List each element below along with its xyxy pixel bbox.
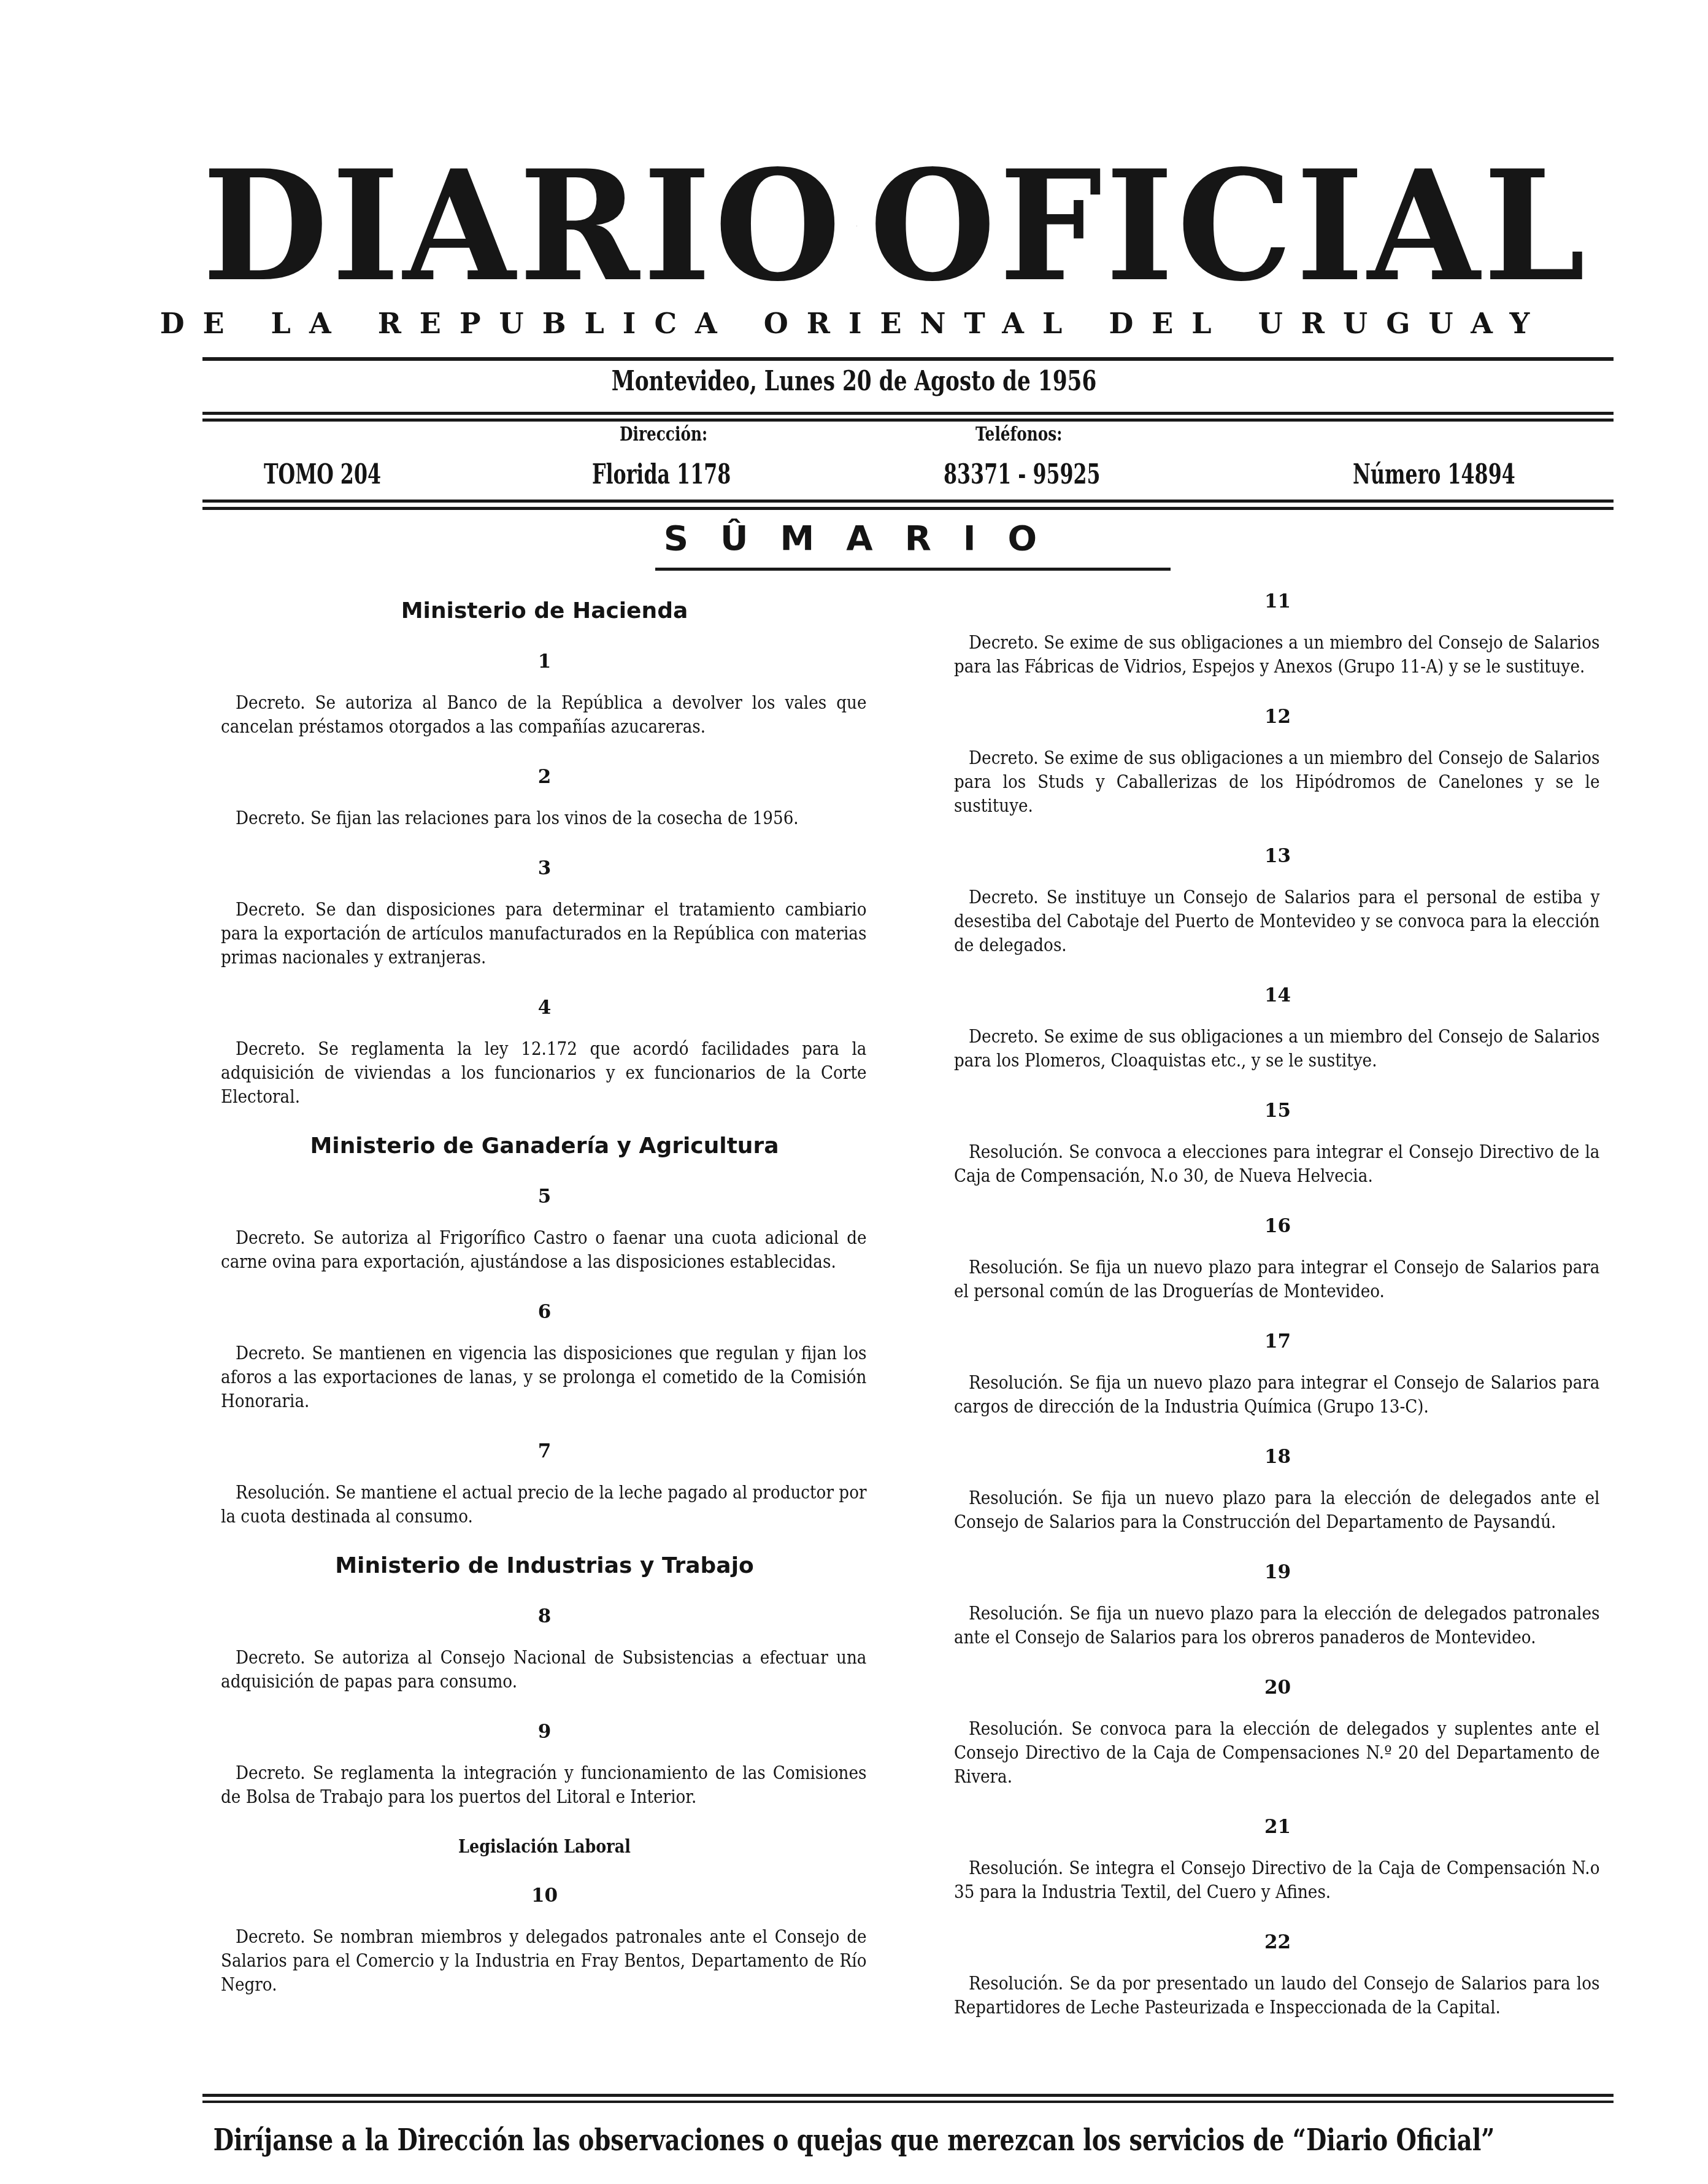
info-rule-bottom xyxy=(202,507,1614,510)
masthead-title-left: DIARIO xyxy=(202,150,844,302)
summary-item: 18Resolución. Se fija un nuevo plazo par… xyxy=(954,1446,1601,1534)
item-number: 21 xyxy=(954,1816,1601,1838)
item-text: Decreto. Se dan disposiciones para deter… xyxy=(221,898,866,970)
right-column: 11Decreto. Se exime de sus obligaciones … xyxy=(954,590,1601,2020)
item-text-container: Resolución. Se mantiene el actual precio… xyxy=(221,1481,868,1529)
direccion-value: Florida 1178 xyxy=(592,459,731,490)
item-number: 4 xyxy=(221,997,868,1019)
summary-item: 1Decreto. Se autoriza al Banco de la Rep… xyxy=(221,650,868,739)
summary-item: 17Resolución. Se fija un nuevo plazo par… xyxy=(954,1330,1601,1419)
item-text-container: Decreto. Se autoriza al Frigorífico Cast… xyxy=(221,1226,868,1274)
item-number: 19 xyxy=(954,1561,1601,1583)
item-number: 13 xyxy=(954,845,1601,867)
summary-item: 12Decreto. Se exime de sus obligaciones … xyxy=(954,706,1601,818)
item-text: Decreto. Se reglamenta la integración y … xyxy=(221,1761,866,1809)
item-text-container: Resolución. Se convoca para la elección … xyxy=(954,1717,1601,1789)
item-text-container: Decreto. Se exime de sus obligaciones a … xyxy=(954,746,1601,818)
item-text: Decreto. Se exime de sus obligaciones a … xyxy=(954,746,1599,818)
item-text: Decreto. Se instituye un Consejo de Sala… xyxy=(954,886,1599,957)
ministry-heading: Ministerio de Ganadería y Agricultura xyxy=(221,1133,868,1159)
item-number: 10 xyxy=(221,1885,868,1907)
item-text: Decreto. Se autoriza al Banco de la Repú… xyxy=(221,691,866,739)
item-text-container: Decreto. Se dan disposiciones para deter… xyxy=(221,898,868,970)
item-number: 15 xyxy=(954,1100,1601,1122)
item-number: 11 xyxy=(954,590,1601,612)
summary-item: 11Decreto. Se exime de sus obligaciones … xyxy=(954,590,1601,679)
summary-item: 15Resolución. Se convoca a elecciones pa… xyxy=(954,1100,1601,1188)
summary-item: 6Decreto. Se mantienen en vigencia las d… xyxy=(221,1301,868,1413)
summary-item: 3Decreto. Se dan disposiciones para dete… xyxy=(221,857,868,970)
summary-item: 13Decreto. Se instituye un Consejo de Sa… xyxy=(954,845,1601,957)
masthead-title-right: OFICIAL xyxy=(869,150,1589,302)
sumario-title: SÛMARIO xyxy=(0,519,1708,558)
item-number: 5 xyxy=(221,1186,868,1208)
summary-item: 22Resolución. Se da por presentado un la… xyxy=(954,1931,1601,2020)
item-text: Decreto. Se mantienen en vigencia las di… xyxy=(221,1341,866,1413)
item-number: 1 xyxy=(221,650,868,673)
ministry-heading: Ministerio de Hacienda xyxy=(221,598,868,623)
footer-rule-bottom xyxy=(202,2101,1614,2103)
item-text-container: Resolución. Se fija un nuevo plazo para … xyxy=(954,1486,1601,1534)
item-text: Resolución. Se convoca a elecciones para… xyxy=(954,1140,1599,1188)
item-text-container: Decreto. Se reglamenta la ley 12.172 que… xyxy=(221,1037,868,1109)
item-text-container: Decreto. Se nombran miembros y delegados… xyxy=(221,1925,868,1997)
item-text-container: Decreto. Se exime de sus obligaciones a … xyxy=(954,1025,1601,1073)
footer-rule-top xyxy=(202,2094,1614,2097)
item-number: 14 xyxy=(954,984,1601,1006)
item-text-container: Resolución. Se fija un nuevo plazo para … xyxy=(954,1602,1601,1650)
item-text: Decreto. Se reglamenta la ley 12.172 que… xyxy=(221,1037,866,1109)
summary-item: 9Decreto. Se reglamenta la integración y… xyxy=(221,1721,868,1809)
item-text-container: Resolución. Se integra el Consejo Direct… xyxy=(954,1856,1601,1904)
summary-item: 2Decreto. Se fijan las relaciones para l… xyxy=(221,766,868,830)
item-number: 7 xyxy=(221,1440,868,1462)
item-text-container: Resolución. Se convoca a elecciones para… xyxy=(954,1140,1601,1188)
item-text-container: Decreto. Se fijan las relaciones para lo… xyxy=(221,806,868,830)
item-text: Resolución. Se convoca para la elección … xyxy=(954,1717,1599,1789)
issue-number: Número 14894 xyxy=(1353,459,1515,490)
item-text: Resolución. Se fija un nuevo plazo para … xyxy=(954,1371,1599,1419)
item-text: Resolución. Se fija un nuevo plazo para … xyxy=(954,1256,1599,1303)
summary-item: 20Resolución. Se convoca para la elecció… xyxy=(954,1677,1601,1789)
item-text-container: Resolución. Se fija un nuevo plazo para … xyxy=(954,1371,1601,1419)
item-number: 16 xyxy=(954,1215,1601,1237)
item-text: Decreto. Se exime de sus obligaciones a … xyxy=(954,631,1599,679)
summary-item: 7Resolución. Se mantiene el actual preci… xyxy=(221,1440,868,1529)
masthead-rule xyxy=(202,357,1614,361)
item-text-container: Resolución. Se da por presentado un laud… xyxy=(954,1972,1601,2020)
item-number: 22 xyxy=(954,1931,1601,1953)
item-number: 9 xyxy=(221,1721,868,1743)
item-number: 3 xyxy=(221,857,868,879)
item-text: Decreto. Se autoriza al Consejo Nacional… xyxy=(221,1646,866,1694)
item-number: 2 xyxy=(221,766,868,788)
item-text-container: Decreto. Se autoriza al Consejo Nacional… xyxy=(221,1646,868,1694)
summary-item: 19Resolución. Se fija un nuevo plazo par… xyxy=(954,1561,1601,1650)
item-text-container: Decreto. Se reglamenta la integración y … xyxy=(221,1761,868,1809)
telefonos-label: Teléfonos: xyxy=(975,423,1062,446)
item-text: Resolución. Se integra el Consejo Direct… xyxy=(954,1856,1599,1904)
direccion-label: Dirección: xyxy=(620,423,707,446)
summary-item: 10Decreto. Se nombran miembros y delegad… xyxy=(221,1885,868,1997)
footer-notice: Diríjanse a la Dirección las observacion… xyxy=(171,2123,1537,2158)
section-heading: Legislación Laboral xyxy=(269,1836,820,1858)
summary-item: 14Decreto. Se exime de sus obligaciones … xyxy=(954,984,1601,1073)
date-rule-bottom xyxy=(202,419,1614,422)
info-rule-top xyxy=(202,500,1614,503)
sumario-underline xyxy=(655,568,1171,571)
summary-item: 8Decreto. Se autoriza al Consejo Naciona… xyxy=(221,1605,868,1694)
summary-item: 16Resolución. Se fija un nuevo plazo par… xyxy=(954,1215,1601,1303)
item-number: 20 xyxy=(954,1677,1601,1699)
summary-item: 21Resolución. Se integra el Consejo Dire… xyxy=(954,1816,1601,1904)
tomo-number: TOMO 204 xyxy=(264,459,381,490)
masthead-subtitle: DE LA REPUBLICA ORIENTAL DEL URUGUAY xyxy=(0,307,1708,340)
item-text-container: Decreto. Se mantienen en vigencia las di… xyxy=(221,1341,868,1413)
summary-item: 4Decreto. Se reglamenta la ley 12.172 qu… xyxy=(221,997,868,1109)
left-column: Ministerio de Hacienda1Decreto. Se autor… xyxy=(221,598,868,1997)
item-number: 12 xyxy=(954,706,1601,728)
item-text-container: Decreto. Se exime de sus obligaciones a … xyxy=(954,631,1601,679)
ministry-heading: Ministerio de Industrias y Trabajo xyxy=(221,1553,868,1578)
item-text: Resolución. Se mantiene el actual precio… xyxy=(221,1481,866,1529)
item-number: 18 xyxy=(954,1446,1601,1468)
item-text: Resolución. Se fija un nuevo plazo para … xyxy=(954,1602,1599,1650)
coat-of-arms-icon xyxy=(856,152,857,299)
item-text: Decreto. Se exime de sus obligaciones a … xyxy=(954,1025,1599,1073)
issue-date: Montevideo, Lunes 20 de Agosto de 1956 xyxy=(188,366,1520,397)
item-text: Decreto. Se fijan las relaciones para lo… xyxy=(221,806,866,830)
item-number: 6 xyxy=(221,1301,868,1323)
item-text-container: Decreto. Se autoriza al Banco de la Repú… xyxy=(221,691,868,739)
telefonos-value: 83371 - 95925 xyxy=(944,459,1101,490)
item-text-container: Resolución. Se fija un nuevo plazo para … xyxy=(954,1256,1601,1303)
item-text: Resolución. Se fija un nuevo plazo para … xyxy=(954,1486,1599,1534)
date-rule-top xyxy=(202,412,1614,415)
item-number: 8 xyxy=(221,1605,868,1627)
item-number: 17 xyxy=(954,1330,1601,1352)
item-text-container: Decreto. Se instituye un Consejo de Sala… xyxy=(954,886,1601,957)
item-text: Resolución. Se da por presentado un laud… xyxy=(954,1972,1599,2020)
masthead: DIARIO OFICIAL xyxy=(202,146,1589,306)
item-text: Decreto. Se nombran miembros y delegados… xyxy=(221,1925,866,1997)
summary-item: 5Decreto. Se autoriza al Frigorífico Cas… xyxy=(221,1186,868,1274)
item-text: Decreto. Se autoriza al Frigorífico Cast… xyxy=(221,1226,866,1274)
